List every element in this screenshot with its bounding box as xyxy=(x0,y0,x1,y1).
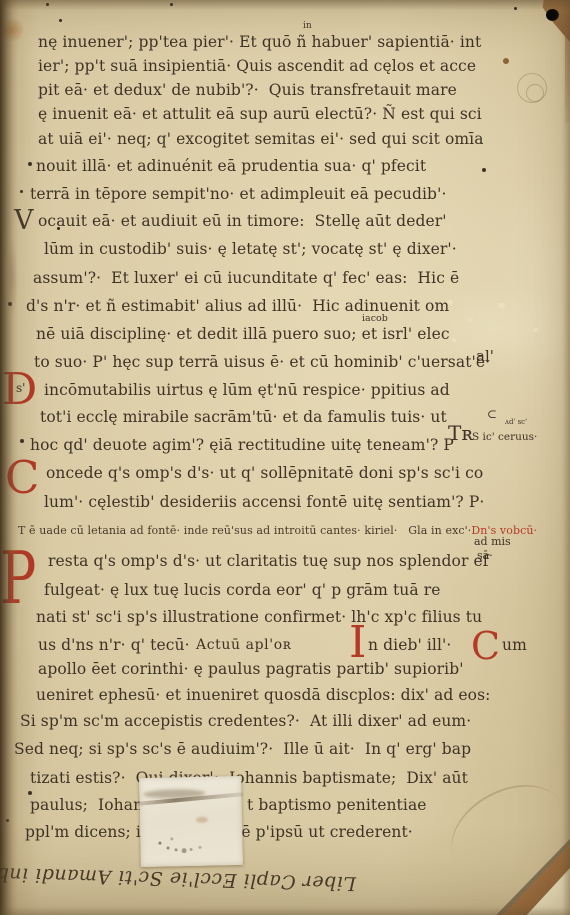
wormhole-icon xyxy=(546,9,559,21)
text-line: paulus; Iohann xyxy=(30,796,153,815)
margin-note-sicut-cervus: S ic' ceruus· xyxy=(472,432,537,443)
margin-rubric-ad-missam: ad mis xyxy=(474,536,511,547)
margin-bullet xyxy=(20,439,24,443)
text-line: Si sp'm sc'm accepistis credentes?· At i… xyxy=(20,712,471,731)
edge-shadow-right xyxy=(562,0,570,915)
text-line: hoc qd' deuote agim'? ęiā rectitudine ui… xyxy=(30,436,454,455)
text-line: nati st' sc'i sp's illustratione confirm… xyxy=(36,608,482,627)
parchment-fleck xyxy=(452,338,456,342)
text-line: resta q's omp's d's· ut claritatis tuę s… xyxy=(48,552,489,571)
text-line: lūm in custodib' suis· ę letatę st'; voc… xyxy=(44,240,457,259)
text-line: terrā in tēpore sempit'no· et adimpleuit… xyxy=(30,185,446,204)
patch-showthrough-dots xyxy=(158,842,161,845)
text-line: oncede q's omp's d's· ut q' sollēpnitatē… xyxy=(46,464,483,483)
abrasion-light-zone xyxy=(498,170,570,430)
ink-speck xyxy=(59,19,62,22)
rubric-actuum-apostolorum: Actuū apl'oʀ xyxy=(196,638,291,652)
text-line: to suo· P' hęc sup terrā uisus ē· et cū … xyxy=(34,353,490,372)
stain-dot xyxy=(503,58,509,64)
text-line: fulgeat· ę lux tuę lucis corda eor' q' p… xyxy=(44,581,441,600)
parchment-fleck xyxy=(498,303,505,308)
manuscript-page: nę inuener'; pp'tea pier'· Et quō ñ habu… xyxy=(0,0,570,915)
text-line: n dieb' ill'· xyxy=(368,636,451,655)
text-line: assum'?· Et luxer' ei cū iucunditate q' … xyxy=(33,269,459,288)
text-line: tot'i ecclę mirabile sacrām'tū· et da fa… xyxy=(40,408,447,427)
ghost-ring-mark xyxy=(526,84,544,102)
edge-shadow-top xyxy=(0,0,570,10)
text-line: nouit illā· et adinuénit eā prudentia su… xyxy=(36,157,426,176)
text-line: pit eā· et dedux' de nubib'?· Quis trans… xyxy=(38,81,457,100)
text-line: um xyxy=(502,636,527,655)
text-line: lum'· cęlestib' desideriis accensi fontē… xyxy=(44,493,484,512)
rubric-text: T ē uade cū letania ad fontē· inde reū's… xyxy=(18,524,471,537)
margin-mark: ⊂ xyxy=(487,408,497,420)
text-line: t baptismo penitentiae xyxy=(247,796,427,815)
text-line: us d'ns n'r· q' tecū· xyxy=(38,636,190,655)
text-line: ppl'm dicens; in xyxy=(25,823,151,842)
rubric-initial-i: I xyxy=(349,621,366,665)
text-line: ueniret ephesū· et inueniret quosdā disc… xyxy=(36,686,490,705)
rubric-tract-abbr: Tʀ xyxy=(448,423,473,443)
margin-rubric-al: al' xyxy=(476,349,494,364)
text-line: ę inuenit eā· et attulit eā sup aurū ele… xyxy=(38,105,482,124)
parchment-fleck xyxy=(533,328,538,332)
margin-bullet xyxy=(28,162,32,166)
text-line: tizati estis?· Qui dixer'; Iohannis bapt… xyxy=(30,769,468,788)
interlinear-gloss: in xyxy=(303,22,312,31)
binding-gutter-shadow xyxy=(0,0,18,915)
text-line: ier'; pp't suā insipientiā· Quis ascendi… xyxy=(38,57,476,76)
rubric-initial-c2: C xyxy=(471,627,500,665)
text-line: Sed neq; si sp's sc's ē audiuim'?· Ille … xyxy=(14,740,471,759)
edge-shadow-bottom xyxy=(0,907,570,915)
text-line: nē uiā disciplinę· et dedit illā puero s… xyxy=(36,325,450,344)
text-line: incōmutabilis uirtus ę lūm ęt'nū respice… xyxy=(44,381,450,400)
text-line: apollo ēet corinthi· ę paulus pagratis p… xyxy=(38,660,464,679)
margin-note-superscript: ʌd' sc' xyxy=(505,419,527,426)
text-line: at uiā ei'· neq; q' excogitet semitas ei… xyxy=(38,130,484,149)
text-line: 'ē p'ipsū ut crederent· xyxy=(237,823,413,842)
margin-bullet xyxy=(28,791,32,795)
patch-faint-mark xyxy=(196,817,208,823)
repair-patch xyxy=(139,776,243,867)
interlinear-gloss-iacob: iacob xyxy=(362,314,388,324)
margin-bullet xyxy=(482,168,486,172)
text-line: ocauit eā· et audiuit eū in timore: Stel… xyxy=(38,212,447,231)
parchment-fleck xyxy=(468,318,473,322)
text-line: nę inuener'; pp'tea pier'· Et quō ñ habu… xyxy=(38,33,481,52)
margin-bullet xyxy=(20,190,23,193)
rubric-line: T ē uade cū letania ad fontē· inde reū's… xyxy=(18,524,537,537)
